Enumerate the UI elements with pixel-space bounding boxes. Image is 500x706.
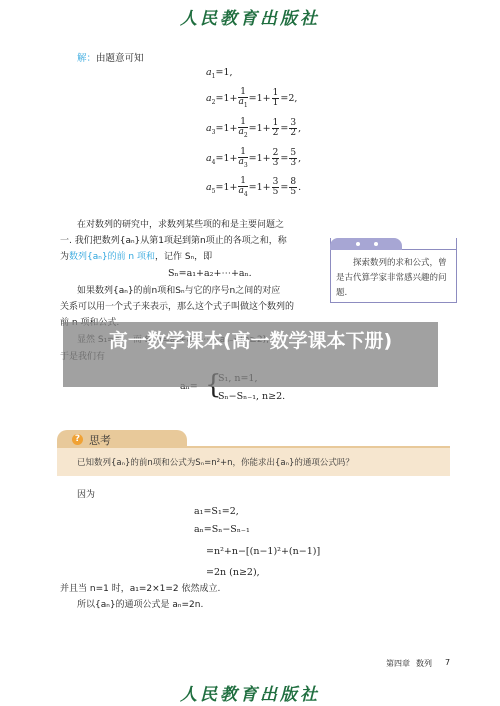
- para2-line1: 如果数列{aₙ}的前n项和Sₙ与它的序号n之间的对应: [77, 284, 280, 300]
- overlay-title: 高一数学课本(高一数学课本下册): [63, 330, 438, 352]
- think-question: 已知数列{aₙ}的前n项和公式为Sₙ=n²+n，你能求出{aₙ}的通项公式吗？: [77, 456, 354, 468]
- piecewise-case2: Sₙ−Sₙ₋₁, n≥2.: [218, 391, 285, 402]
- dot-icon: [374, 242, 378, 246]
- dot-icon: [356, 242, 360, 246]
- equation-a1: a1=1,: [206, 67, 233, 80]
- page-number: 7: [445, 658, 450, 667]
- solution-header: 解：由题意可知: [77, 50, 144, 64]
- side-note-border: [402, 249, 456, 250]
- question-icon: ?: [72, 434, 83, 445]
- sum-formula: Sₙ=a₁+a₂+⋯+aₙ.: [168, 268, 252, 279]
- para1-line3: 为数列{aₙ}的前 n 项和，记作 Sₙ，即: [60, 250, 212, 266]
- answer-line2: 所以{aₙ}的通项公式是 aₙ=2n.: [77, 598, 203, 614]
- footer-section: 数列: [416, 658, 432, 669]
- publisher-logo-top: 人民教育出版社: [0, 4, 500, 29]
- term-highlight: 数列{aₙ}的前 n 项和: [69, 252, 155, 262]
- solution-intro: 由题意可知: [96, 53, 144, 64]
- para2-line2: 关系可以用一个式子来表示，那么这个式子叫做这个数列的: [60, 300, 294, 316]
- publisher-logo-bottom: 人民教育出版社: [0, 680, 500, 705]
- answer-because: 因为: [77, 488, 95, 504]
- side-note-text: 探索数列的求和公式，曾是古代算学家非常感兴趣的问题.: [336, 256, 452, 301]
- solution-label: 解：: [77, 53, 96, 64]
- equation-a5: a5=1+1a4=1+35=85.: [206, 177, 301, 198]
- para1-line1: 在对数列的研究中，求数列某些项的和是主要问题之: [77, 218, 284, 234]
- answer-eq2: aₙ=Sₙ−Sₙ₋₁: [194, 524, 250, 535]
- think-box: 已知数列{aₙ}的前n项和公式为Sₙ=n²+n，你能求出{aₙ}的通项公式吗？: [57, 448, 450, 476]
- footer-chapter: 第四章: [386, 658, 410, 669]
- para1-line2: 一. 我们把数列{aₙ}从第1项起到第n项止的各项之和，称: [60, 234, 287, 250]
- answer-eq4: =2n (n≥2),: [206, 567, 260, 578]
- equation-a3: a3=1+1a2=1+12=32,: [206, 118, 301, 139]
- equation-a2: a2=1+1a1=1+11=2,: [206, 88, 297, 109]
- answer-line1: 并且当 n=1 时，a₁=2×1=2 依然成立.: [60, 582, 220, 598]
- side-note-tab: [330, 238, 402, 250]
- think-title: 思考: [89, 432, 111, 448]
- answer-eq1: a₁=S₁=2,: [194, 506, 239, 517]
- think-tab: ? 思考: [57, 430, 187, 448]
- equation-a4: a4=1+1a3=1+23=53,: [206, 148, 301, 169]
- answer-eq3: =n²+n−[(n−1)²+(n−1)]: [206, 546, 320, 557]
